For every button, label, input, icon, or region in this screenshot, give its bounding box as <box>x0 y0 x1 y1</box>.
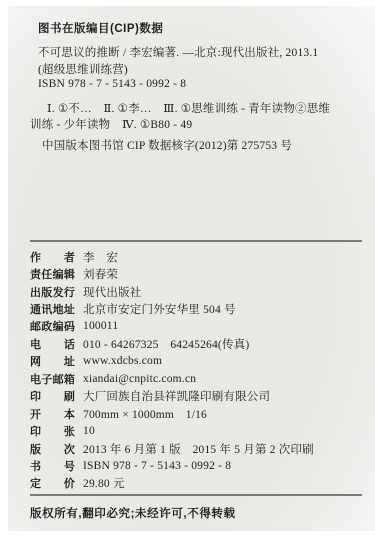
colophon-row-label: 印 张 <box>30 423 76 439</box>
colophon-row-value: 北京市安定门外安华里 504 号 <box>83 301 236 317</box>
colophon-row-postcode: 邮政编码 100011 <box>30 318 362 335</box>
colophon-row-isbn: 书 号 ISBN 978 - 7 - 5143 - 0992 - 8 <box>30 457 362 474</box>
colophon-row-label: 责任编辑 <box>30 266 76 282</box>
colophon-row-price: 定 价 29.80 元 <box>30 475 362 492</box>
colophon-row-edition: 版 次 2013 年 6 月第 1 版 2015 年 5 月第 2 次印刷 <box>30 440 362 457</box>
bottom-divider-rule <box>30 494 362 496</box>
colophon-row-label: 电 话 <box>30 336 76 352</box>
cip-record-number-line: 中国版本图书馆 CIP 数据核字(2012)第 275753 号 <box>42 137 292 153</box>
colophon-row-value: 李 宏 <box>83 249 118 265</box>
colophon-row-value: ISBN 978 - 7 - 5143 - 0992 - 8 <box>83 460 231 472</box>
colophon-row-phone: 电 话 010 - 64267325 64245264(传真) <box>30 335 362 352</box>
colophon-row-label: 邮政编码 <box>30 318 76 334</box>
colophon-row-value: 100011 <box>83 320 118 332</box>
cip-isbn-line: ISBN 978 - 7 - 5143 - 0992 - 8 <box>38 78 186 90</box>
colophon-row-value: 大厂回族自治县祥凯隆印刷有限公司 <box>83 388 270 404</box>
colophon-row-printer: 印 刷 大厂回族自治县祥凯隆印刷有限公司 <box>30 388 362 405</box>
colophon-block: 作 者 李 宏 责任编辑 刘春荣 出版发行 现代出版社 通讯地址 北京市安定门外… <box>30 248 362 492</box>
colophon-row-website: 网 址 www.xdcbs.com <box>30 353 362 370</box>
colophon-row-value: 刘春荣 <box>83 266 118 282</box>
colophon-row-editor: 责任编辑 刘春荣 <box>30 265 362 282</box>
colophon-row-value: 010 - 64267325 64245264(传真) <box>83 336 249 352</box>
cip-classification-line-1: Ⅰ. ①不… Ⅱ. ①李… Ⅲ. ①思维训练 - 青年读物②思维 <box>47 100 330 116</box>
cip-heading: 图书在版编目(CIP)数据 <box>38 20 163 36</box>
colophon-row-email: 电子邮箱 xiandai@cnpitc.com.cn <box>30 370 362 387</box>
colophon-row-label: 开 本 <box>30 406 76 422</box>
colophon-row-value: 29.80 元 <box>83 475 125 491</box>
colophon-row-value: 10 <box>83 425 95 437</box>
colophon-row-label: 作 者 <box>30 249 76 265</box>
cip-series-line: (超级思维训练营) <box>38 61 128 77</box>
colophon-row-sheets: 印 张 10 <box>30 422 362 439</box>
colophon-row-address: 通讯地址 北京市安定门外安华里 504 号 <box>30 300 362 317</box>
cip-classification-line-2: 训练 - 少年读物 Ⅳ. ①B80 - 49 <box>30 116 192 132</box>
top-divider-rule <box>30 240 362 242</box>
colophon-row-label: 定 价 <box>30 475 76 491</box>
colophon-row-label: 出版发行 <box>30 284 76 300</box>
colophon-row-label: 网 址 <box>30 353 76 369</box>
copyright-notice: 版权所有,翻印必究;未经许可,不得转载 <box>30 505 236 521</box>
copyright-page: 图书在版编目(CIP)数据 不可思议的推断 / 李宏编著. —北京:现代出版社,… <box>0 0 375 541</box>
colophon-row-value: 700mm × 1000mm 1/16 <box>83 406 207 422</box>
colophon-row-label: 通讯地址 <box>30 301 76 317</box>
colophon-row-publisher: 出版发行 现代出版社 <box>30 283 362 300</box>
colophon-row-value: 现代出版社 <box>83 284 142 300</box>
colophon-row-label: 书 号 <box>30 458 76 474</box>
colophon-row-value: 2013 年 6 月第 1 版 2015 年 5 月第 2 次印刷 <box>83 441 314 457</box>
colophon-row-value: xiandai@cnpitc.com.cn <box>83 373 196 385</box>
colophon-row-value: www.xdcbs.com <box>83 355 162 367</box>
colophon-row-format: 开 本 700mm × 1000mm 1/16 <box>30 405 362 422</box>
colophon-row-author: 作 者 李 宏 <box>30 248 362 265</box>
colophon-row-label: 版 次 <box>30 441 76 457</box>
colophon-row-label: 印 刷 <box>30 388 76 404</box>
cip-title-line: 不可思议的推断 / 李宏编著. —北京:现代出版社, 2013.1 <box>38 44 318 60</box>
colophon-row-label: 电子邮箱 <box>30 371 76 387</box>
